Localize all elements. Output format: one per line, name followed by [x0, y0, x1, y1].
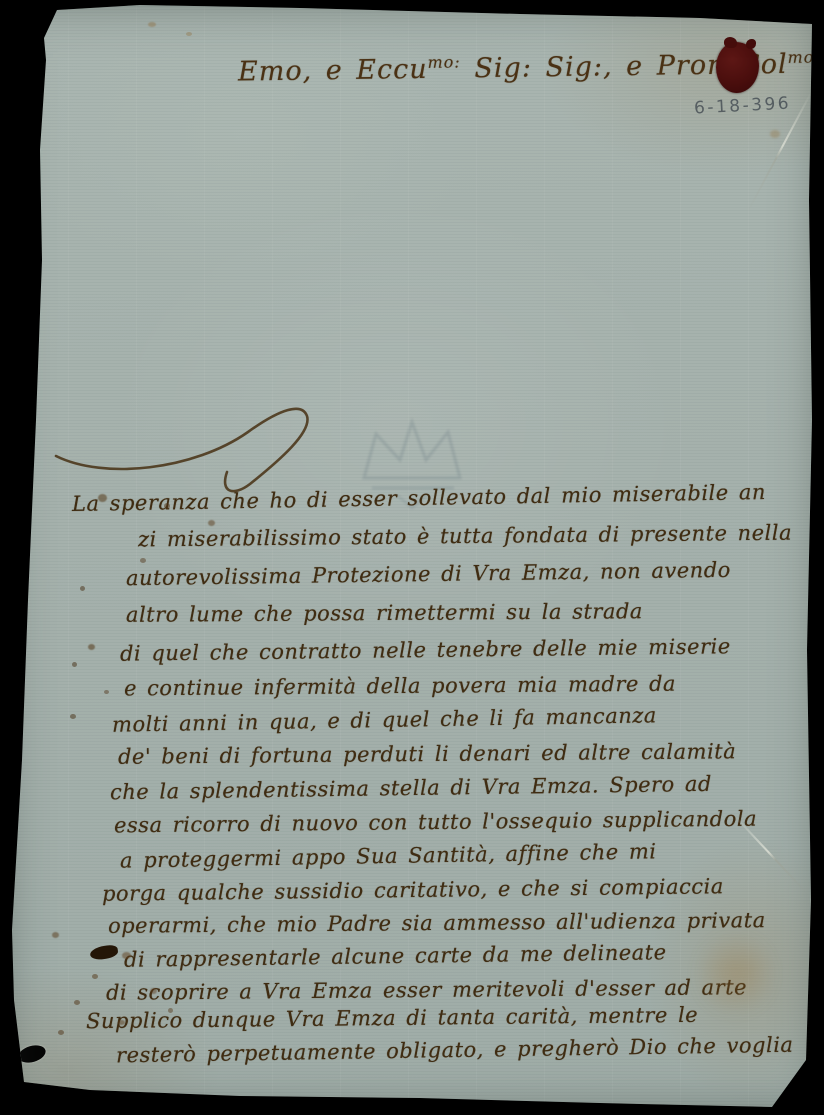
stain — [70, 714, 76, 719]
stain — [140, 558, 146, 563]
manuscript-line: resterò perpetuamente obligato, e preghe… — [116, 1033, 794, 1068]
manuscript-line: molti anni in qua, e di quel che li fa m… — [112, 703, 657, 737]
stain — [148, 22, 156, 27]
stain — [74, 1000, 80, 1005]
red-wax-seal — [716, 42, 759, 93]
archival-number-pencil: 6-18-396 — [694, 93, 792, 118]
manuscript-line: e continue infermità della povera mia ma… — [124, 672, 676, 701]
manuscript-line: di scoprire a Vra Emza esser meritevoli … — [106, 975, 747, 1005]
stain — [698, 928, 772, 1020]
salutation-abbreviation: mo: — [427, 52, 460, 71]
stain — [72, 662, 77, 667]
stain — [58, 1030, 64, 1035]
manuscript-line: a proteggermi appo Sua Santità, affine c… — [120, 839, 657, 872]
salutation-text: Emo, e Eccu — [238, 54, 428, 88]
stain — [52, 932, 59, 938]
seal-edge-bump — [724, 37, 737, 48]
manuscript-line: de' beni di fortuna perduti li denari ed… — [118, 739, 736, 768]
manuscript-line: operarmi, che mio Padre sia ammesso all'… — [108, 908, 766, 938]
manuscript-page: Emo, e Eccumo: Sig: Sig:, e Pron Colmo 6… — [0, 0, 824, 1115]
seal-edge-bump — [746, 39, 756, 49]
salutation-line: Emo, e Eccumo: Sig: Sig:, e Pron Colmo — [238, 49, 738, 88]
manuscript-line: zi miserabilissimo stato è tutta fondata… — [138, 521, 792, 552]
manuscript-line: Supplico dunque Vra Emza di tanta carità… — [86, 1003, 698, 1033]
stain — [88, 644, 95, 650]
manuscript-line: che la splendentissima stella di Vra Emz… — [110, 772, 712, 804]
stain — [80, 586, 85, 591]
manuscript-line: di quel che contratto nelle tenebre dell… — [120, 634, 731, 665]
ink-blot — [89, 944, 119, 961]
stain — [770, 130, 780, 138]
paper-hole — [16, 1042, 47, 1065]
stain — [92, 974, 98, 979]
salutation-abbreviation: mo — [787, 47, 814, 66]
manuscript-line: altro lume che possa rimettermi su la st… — [126, 599, 643, 627]
stain — [186, 32, 192, 36]
photograph-background: Emo, e Eccumo: Sig: Sig:, e Pron Colmo 6… — [0, 0, 824, 1115]
manuscript-line: autorevolissima Protezione di Vra Emza, … — [126, 558, 731, 590]
stain — [208, 520, 215, 526]
manuscript-line: di rappresentarle alcune carte da me del… — [124, 940, 667, 972]
manuscript-line: porga qualche sussidio caritativo, e che… — [102, 874, 724, 906]
stain — [104, 690, 109, 694]
manuscript-line: essa ricorro di nuovo con tutto l'ossequ… — [114, 807, 757, 838]
